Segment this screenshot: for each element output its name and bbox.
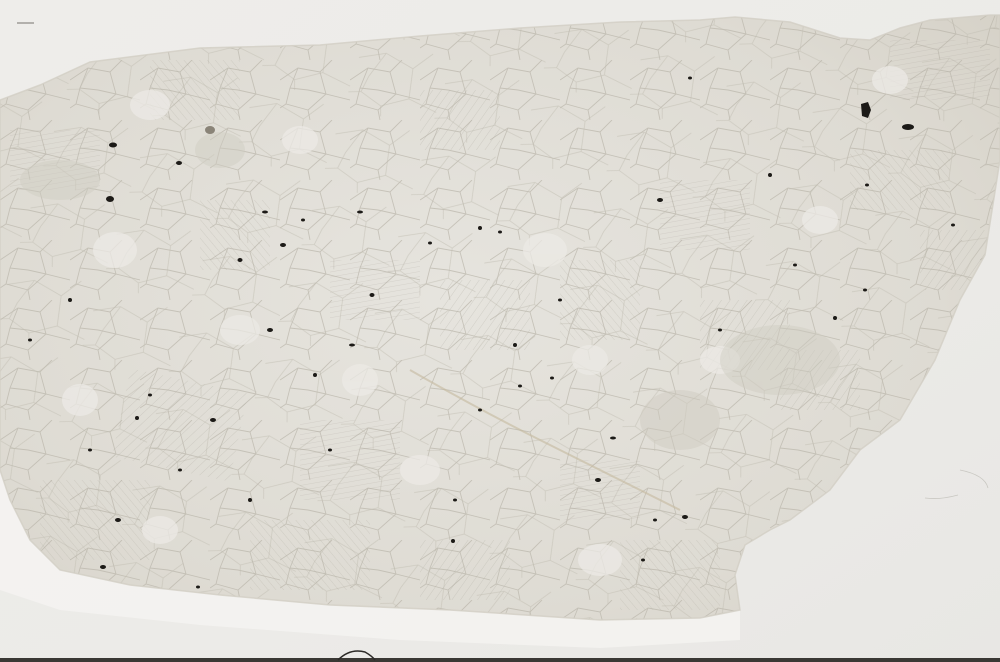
slide-bottom-edge (0, 658, 1000, 662)
thin-section-canvas (0, 0, 1000, 662)
thin-section-photo: Thin section of marble under plane-polar… (0, 0, 1000, 662)
